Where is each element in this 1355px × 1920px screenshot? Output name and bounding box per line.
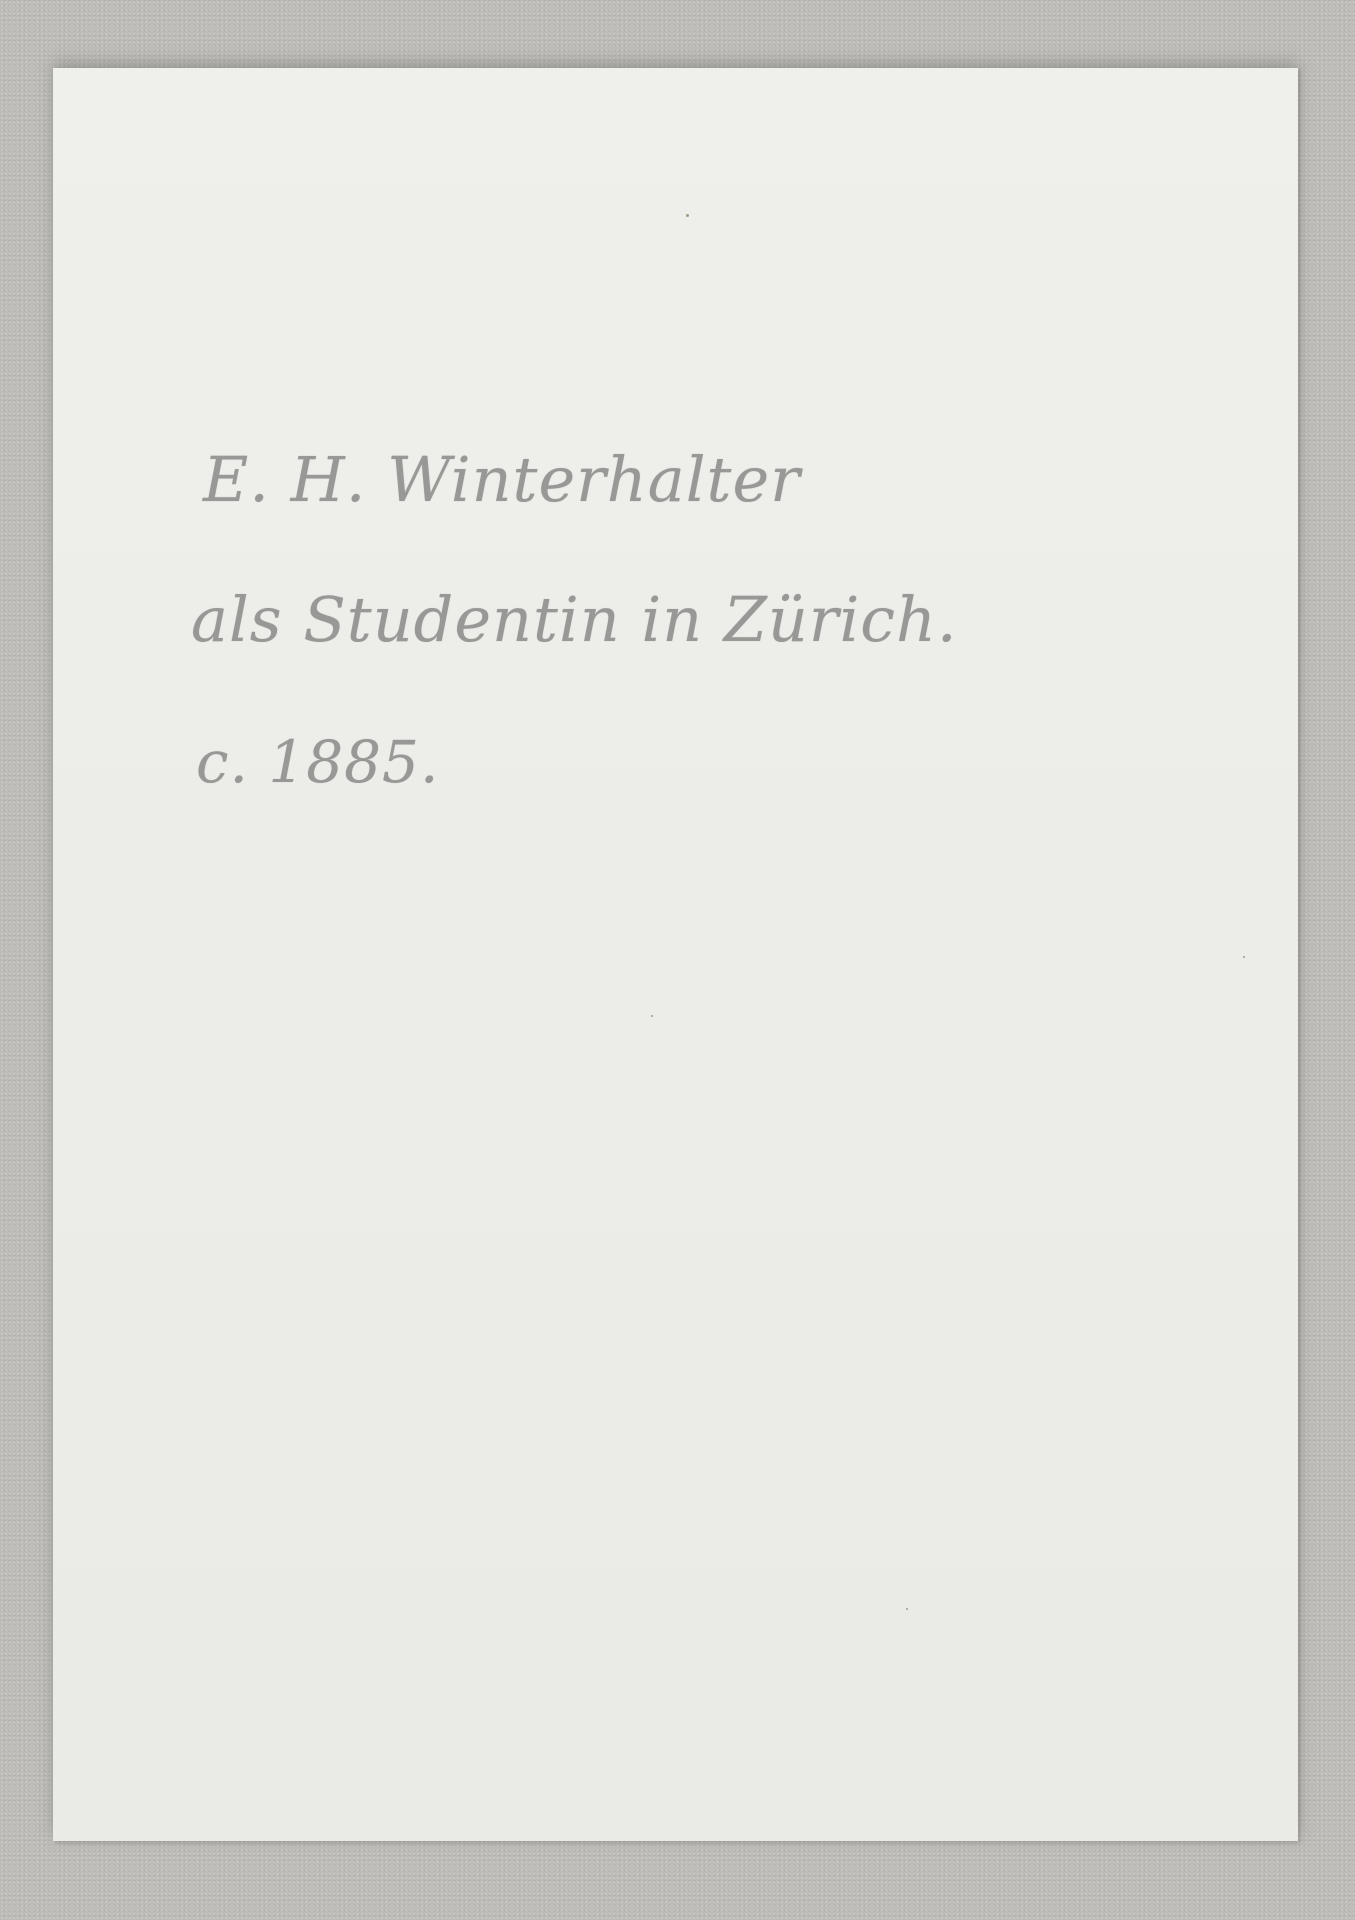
paper-speck xyxy=(686,214,689,217)
handwritten-caption: als Studentin in Zürich. xyxy=(191,583,958,656)
paper-speck xyxy=(1243,956,1245,958)
paper-speck xyxy=(906,1608,908,1610)
photo-card: E. H. Winterhalter als Studentin in Züri… xyxy=(53,68,1298,1841)
handwritten-date: c. 1885. xyxy=(196,728,439,796)
handwritten-name: E. H. Winterhalter xyxy=(203,443,801,516)
paper-speck xyxy=(651,1015,653,1017)
